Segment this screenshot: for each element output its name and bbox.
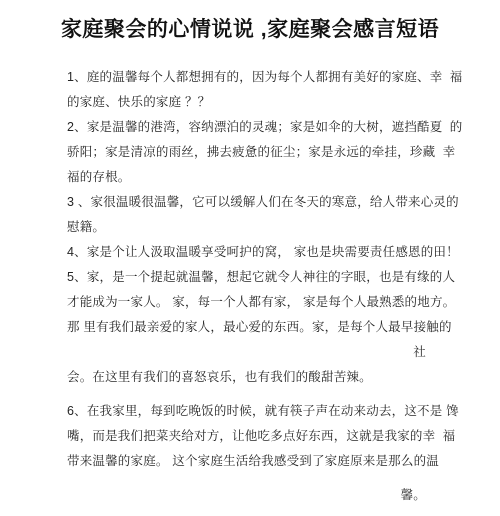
text-line: 那 里有我们最亲爱的家人，最心爱的东西。家，是每个人最早接触的 bbox=[67, 315, 440, 340]
text-line: 才能成为一家人。 家，每一个人都有家， 家是每个人最熟悉的地方。 bbox=[67, 290, 440, 315]
text-line: 骄阳；家是清凉的雨丝，拂去疲惫的征尘；家是永远的牵挂，珍藏 幸 bbox=[67, 140, 440, 165]
text-line: 社 bbox=[67, 340, 440, 365]
text-line: 福的存根。 bbox=[67, 165, 440, 190]
text-line: 3 、家很温暖很温馨，它可以缓解人们在冬天的寒意，给人带来心灵的 bbox=[67, 190, 440, 215]
document-page: 家庭聚会的心情说说 ,家庭聚会感言短语 1、庭的温馨每个人都想拥有的，因为每个人… bbox=[0, 0, 500, 516]
text-line: 5、家，是一个提起就温馨，想起它就令人神往的字眼，也是有缘的人 bbox=[67, 265, 440, 290]
text-line: 4、家是个让人汲取温暖享受呵护的窝， 家也是块需要责任感恩的田！ bbox=[67, 240, 440, 265]
text-line: 会。在这里有我们的喜怒哀乐，也有我们的酸甜苦辣。 bbox=[67, 365, 440, 390]
text-line: 嘴，而是我们把菜夹给对方，让他吃多点好东西，这就是我家的幸 福 bbox=[67, 424, 440, 449]
text-line: 带来温馨的家庭。 这个家庭生活给我感受到了家庭原来是那么的温 bbox=[67, 449, 440, 474]
text-line: 慰籍。 bbox=[67, 215, 440, 240]
text-line: 2、家是温馨的港湾，容纳漂泊的灵魂；家是如伞的大树，遮挡酷夏 的 bbox=[67, 115, 440, 140]
text-line: 1、庭的温馨每个人都想拥有的，因为每个人都拥有美好的家庭、幸 福 bbox=[67, 65, 440, 90]
text-line: 馨。 bbox=[67, 483, 440, 508]
page-title: 家庭聚会的心情说说 ,家庭聚会感言短语 bbox=[0, 14, 500, 46]
text-line: 的家庭、快乐的家庭 ？？ bbox=[67, 90, 440, 115]
document-body: 1、庭的温馨每个人都想拥有的，因为每个人都拥有美好的家庭、幸 福的家庭、快乐的家… bbox=[67, 65, 440, 508]
text-line: 6、在我家里，每到吃晚饭的时候，就有筷子声在动来动去，这不是 馋 bbox=[67, 399, 440, 424]
